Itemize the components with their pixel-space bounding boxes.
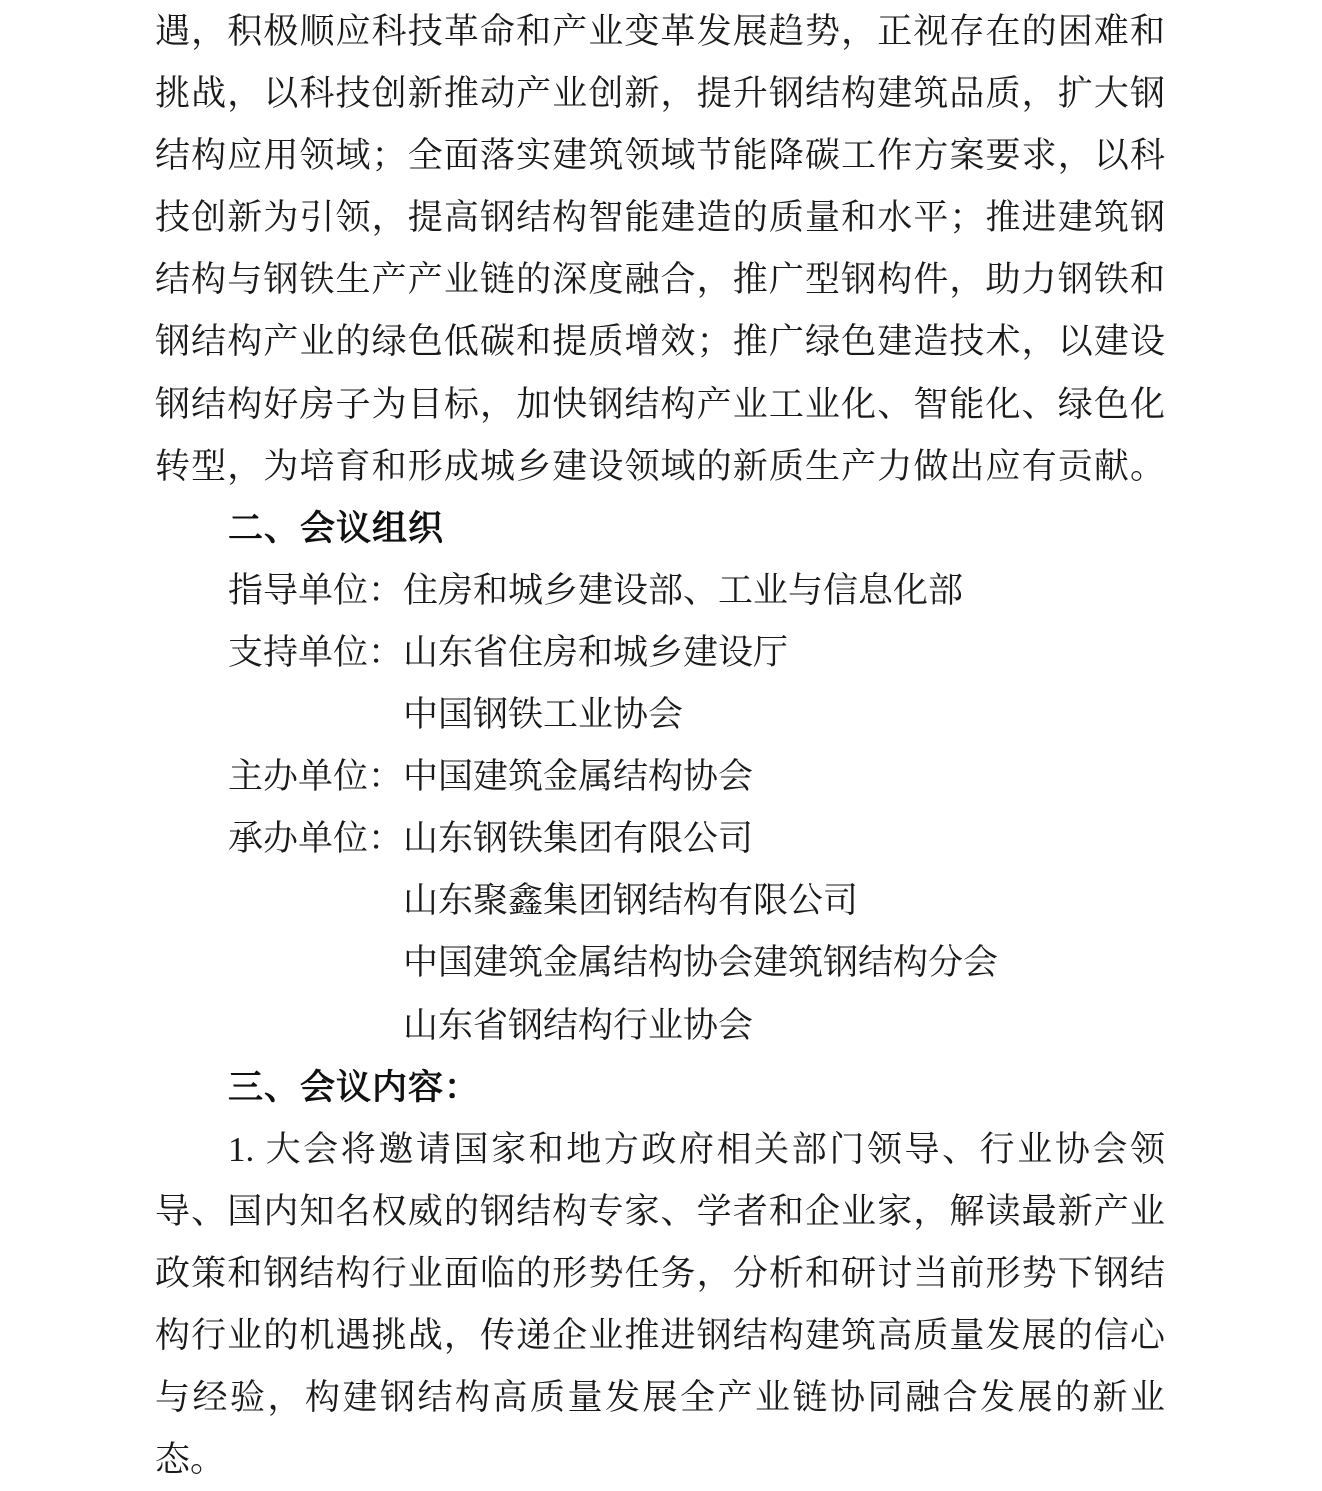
organizer-name: 山东省住房和城乡建设厅 [403,622,1165,684]
content-item-1: 1. 大会将邀请国家和地方政府相关部门领导、行业协会领 导、国内知名权威的钢结构… [155,1119,1165,1491]
organizer-names: 中国建筑金属结构协会 [403,746,1165,808]
organizer-row-support: 支持单位： 山东省住房和城乡建设厅 中国钢铁工业协会 [155,622,1165,746]
text-line: 态。 [155,1429,1165,1491]
text-line: 技创新为引领，提高钢结构智能建造的质量和水平；推进建筑钢 [155,187,1165,249]
organizer-name: 住房和城乡建设部、工业与信息化部 [403,560,1165,622]
organizer-label: 主办单位： [228,746,403,808]
text-line: 转型，为培育和形成城乡建设领域的新质生产力做出应有贡献。 [155,436,1165,498]
section-heading-content: 三、会议内容： [155,1057,1165,1119]
organizer-name: 中国钢铁工业协会 [403,684,1165,746]
intro-paragraph: 遇，积极顺应科技革命和产业变革发展趋势，正视存在的困难和 挑战，以科技创新推动产… [155,1,1165,498]
organizer-names: 山东省住房和城乡建设厅 中国钢铁工业协会 [403,622,1165,746]
text-line: 钢结构好房子为目标，加快钢结构产业工业化、智能化、绿色化 [155,374,1165,436]
document-page: 遇，积极顺应科技革命和产业变革发展趋势，正视存在的困难和 挑战，以科技创新推动产… [0,0,1322,1491]
section-heading-organization: 二、会议组织 [155,498,1165,560]
organizer-row-undertaker: 承办单位： 山东钢铁集团有限公司 山东聚鑫集团钢结构有限公司 中国建筑金属结构协… [155,808,1165,1056]
organizer-label: 支持单位： [228,622,403,746]
organizer-label: 指导单位： [228,560,403,622]
text-line: 钢结构产业的绿色低碳和提质增效；推广绿色建造技术，以建设 [155,311,1165,373]
text-line: 挑战，以科技创新推动产业创新，提升钢结构建筑品质，扩大钢 [155,63,1165,125]
organizer-row-guidance: 指导单位： 住房和城乡建设部、工业与信息化部 [155,560,1165,622]
text-line: 导、国内知名权威的钢结构专家、学者和企业家，解读最新产业 [155,1181,1165,1243]
organizer-name: 山东省钢结构行业协会 [403,995,1165,1057]
organizer-label: 承办单位： [228,808,403,1056]
organizer-names: 山东钢铁集团有限公司 山东聚鑫集团钢结构有限公司 中国建筑金属结构协会建筑钢结构… [403,808,1165,1056]
text-line: 政策和钢结构行业面临的形势任务，分析和研讨当前形势下钢结 [155,1243,1165,1305]
organizer-name: 山东聚鑫集团钢结构有限公司 [403,870,1165,932]
organizer-name: 中国建筑金属结构协会 [403,746,1165,808]
text-line: 1. 大会将邀请国家和地方政府相关部门领导、行业协会领 [155,1119,1165,1181]
organizer-name: 山东钢铁集团有限公司 [403,808,1165,870]
organizer-list: 指导单位： 住房和城乡建设部、工业与信息化部 支持单位： 山东省住房和城乡建设厅… [155,560,1165,1057]
organizer-names: 住房和城乡建设部、工业与信息化部 [403,560,1165,622]
organizer-row-host: 主办单位： 中国建筑金属结构协会 [155,746,1165,808]
text-line: 结构应用领域；全面落实建筑领域节能降碳工作方案要求，以科 [155,125,1165,187]
organizer-name: 中国建筑金属结构协会建筑钢结构分会 [403,932,1165,994]
text-line: 结构与钢铁生产产业链的深度融合，推广型钢构件，助力钢铁和 [155,249,1165,311]
text-line: 与经验，构建钢结构高质量发展全产业链协同融合发展的新业 [155,1367,1165,1429]
text-line: 构行业的机遇挑战，传递企业推进钢结构建筑高质量发展的信心 [155,1305,1165,1367]
text-line: 遇，积极顺应科技革命和产业变革发展趋势，正视存在的困难和 [155,1,1165,63]
